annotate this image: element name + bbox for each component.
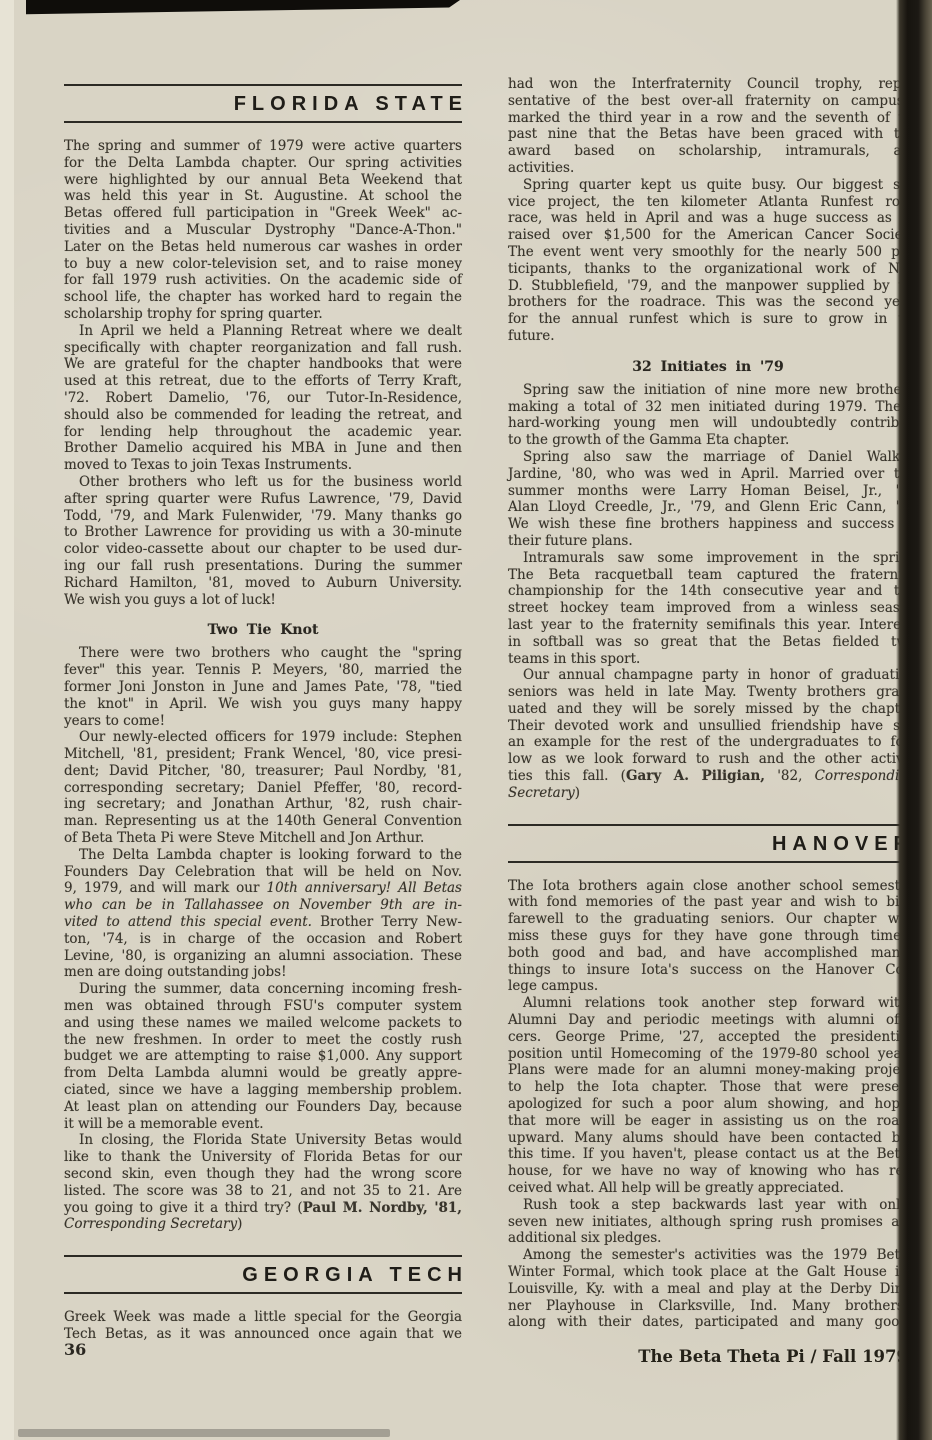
text-line: miss these guys for they have gone throu… <box>508 928 908 945</box>
text-line: summer months were Larry Homan Beisel, J… <box>508 483 908 500</box>
subheading: Two Tie Knot <box>64 622 462 638</box>
text-line: Winter Formal, which took place at the G… <box>508 1264 908 1281</box>
text-line: raised over $1,500 for the American Canc… <box>508 227 908 244</box>
text-line: the knot" in April. We wish you guys man… <box>64 696 462 713</box>
section-heading: FLORIDA STATE <box>64 84 462 123</box>
text-line: budget we are attempting to raise $1,000… <box>64 1048 462 1065</box>
text-line: Their devoted work and unsullied friends… <box>508 718 908 735</box>
text-line: that more will be eager in assisting us … <box>508 1113 908 1130</box>
text-line: Alan Lloyd Creedle, Jr., '79, and Glenn … <box>508 499 908 516</box>
text-line: additional six pledges. <box>508 1230 908 1247</box>
text-line: house, for we have no way of knowing who… <box>508 1163 908 1180</box>
text-line: Other brothers who left us for the busin… <box>64 474 462 491</box>
text-line: marked the third year in a row and the s… <box>508 110 908 127</box>
text-line: last year to the fraternity semifinals t… <box>508 617 908 634</box>
text-line: teams in this sport. <box>508 651 908 668</box>
text-line: to buy a new color-television set, and t… <box>64 256 462 273</box>
text-line: Secretary) <box>508 785 908 802</box>
text-line: Alumni Day and periodic meetings with al… <box>508 1012 908 1029</box>
text-line: Spring saw the initiation of nine more n… <box>508 382 908 399</box>
text-line: after spring quarter were Rufus Lawrence… <box>64 491 462 508</box>
text-line: Brother Damelio acquired his MBA in June… <box>64 440 462 457</box>
text-line: with fond memories of the past year and … <box>508 894 908 911</box>
text-line: upward. Many alums should have been cont… <box>508 1130 908 1147</box>
text-line: sentative of the best over-all fraternit… <box>508 93 908 110</box>
text-line: school life, the chapter has worked hard… <box>64 289 462 306</box>
text-line: to the growth of the Gamma Eta chapter. <box>508 432 908 449</box>
text-line: had won the Interfraternity Council trop… <box>508 76 908 93</box>
text-line: ton, '74, is in charge of the occasion a… <box>64 931 462 948</box>
paragraph: had won the Interfraternity Council trop… <box>508 76 908 177</box>
article-section-continuation: had won the Interfraternity Council trop… <box>508 76 908 802</box>
text-line: hard-working young men will undoubtedly … <box>508 415 908 432</box>
page-number: 36 <box>64 1340 86 1359</box>
text-line: Levine, '80, is organizing an alumni ass… <box>64 948 462 965</box>
text-line: 9, 1979, and will mark our 10th annivers… <box>64 880 462 897</box>
text-line: '72. Robert Damelio, '76, our Tutor-In-R… <box>64 390 462 407</box>
text-line: from Delta Lambda alumni would be greatl… <box>64 1065 462 1082</box>
scan-edge-top <box>26 0 460 15</box>
paragraph: Among the semester's activities was the … <box>508 1247 908 1331</box>
text-line: Intramurals saw some improvement in the … <box>508 550 908 567</box>
section-title: FLORIDA STATE <box>64 86 468 121</box>
text-line: Betas offered full participation in "Gre… <box>64 205 462 222</box>
right-column: had won the Interfraternity Council trop… <box>508 76 908 1331</box>
text-line: to Brother Lawrence for providing us wit… <box>64 524 462 541</box>
text-line: for lending help throughout the academic… <box>64 424 462 441</box>
text-line: award based on scholarship, intramurals,… <box>508 143 908 160</box>
subheading: 32 Initiates in '79 <box>508 359 908 375</box>
text-line: Greek Week was made a little special for… <box>64 1309 462 1326</box>
text-line: for the Delta Lambda chapter. Our spring… <box>64 155 462 172</box>
text-line: Rush took a step backwards last year wit… <box>508 1197 908 1214</box>
text-line: their future plans. <box>508 533 908 550</box>
text-line: The Iota brothers again close another sc… <box>508 878 908 895</box>
text-line: Mitchell, '81, president; Frank Wencel, … <box>64 746 462 763</box>
text-line: men was obtained through FSU's computer … <box>64 998 462 1015</box>
text-line: position until Homecoming of the 1979-80… <box>508 1046 908 1063</box>
text-line: second skin, even though they had the wr… <box>64 1166 462 1183</box>
text-line: The Beta racquetball team captured the f… <box>508 567 908 584</box>
text-line: ner Playhouse in Clarksville, Ind. Many … <box>508 1298 908 1315</box>
text-line: The spring and summer of 1979 were activ… <box>64 138 462 155</box>
paragraph: Spring saw the initiation of nine more n… <box>508 382 908 449</box>
paragraph: The spring and summer of 1979 were activ… <box>64 138 462 323</box>
paragraph: Spring also saw the marriage of Daniel W… <box>508 449 908 550</box>
text-line: lege campus. <box>508 978 908 995</box>
text-line: Jardine, '80, who was wed in April. Marr… <box>508 466 908 483</box>
paragraph: The Iota brothers again close another sc… <box>508 878 908 996</box>
paragraph: In closing, the Florida State University… <box>64 1132 462 1233</box>
paragraph: Our newly-elected officers for 1979 incl… <box>64 729 462 847</box>
text-line: vited to attend this special event. Brot… <box>64 914 462 931</box>
text-line: Spring also saw the marriage of Daniel W… <box>508 449 908 466</box>
text-line: scholarship trophy for spring quarter. <box>64 306 462 323</box>
text-line: ties this fall. (Gary A. Piligian, '82, … <box>508 768 908 785</box>
text-line: farewell to the graduating seniors. Our … <box>508 911 908 928</box>
text-line: listed. The score was 38 to 21, and not … <box>64 1183 462 1200</box>
text-line: ticipants, thanks to the organizational … <box>508 261 908 278</box>
text-line: apologized for such a poor alum showing,… <box>508 1096 908 1113</box>
text-line: an example for the rest of the undergrad… <box>508 734 908 751</box>
text-line: it will be a memorable event. <box>64 1116 462 1133</box>
text-line: The Delta Lambda chapter is looking forw… <box>64 847 462 864</box>
section-heading: GEORGIA TECH <box>64 1255 462 1294</box>
text-line: Richard Hamilton, '81, moved to Auburn U… <box>64 575 462 592</box>
text-line: and using these names we mailed welcome … <box>64 1015 462 1032</box>
text-line: corresponding secretary; Daniel Pfeffer,… <box>64 780 462 797</box>
text-line: to help the Iota chapter. Those that wer… <box>508 1079 908 1096</box>
text-line: moved to Texas to join Texas Instruments… <box>64 457 462 474</box>
text-line: making a total of 32 men initiated durin… <box>508 399 908 416</box>
heading-rule <box>64 121 462 123</box>
article-section-georgia-tech: GEORGIA TECHGreek Week was made a little… <box>64 1255 462 1343</box>
text-line: Plans were made for an alumni money-maki… <box>508 1062 908 1079</box>
text-line: There were two brothers who caught the "… <box>64 645 462 662</box>
text-line: man. Representing us at the 140th Genera… <box>64 813 462 830</box>
paragraph: There were two brothers who caught the "… <box>64 645 462 729</box>
text-line: was held this year in St. Augustine. At … <box>64 188 462 205</box>
text-line: years to come! <box>64 713 462 730</box>
text-line: D. Stubblefield, '79, and the manpower s… <box>508 278 908 295</box>
text-line: Louisville, Ky. with a meal and play at … <box>508 1281 908 1298</box>
scan-edge-bottom <box>18 1429 390 1437</box>
text-line: dent; David Pitcher, '80, treasurer; Pau… <box>64 763 462 780</box>
text-line: In closing, the Florida State University… <box>64 1132 462 1149</box>
text-line: vice project, the ten kilometer Atlanta … <box>508 194 908 211</box>
heading-rule <box>508 861 908 863</box>
text-line: At least plan on attending our Founders … <box>64 1099 462 1116</box>
text-line: Todd, '79, and Mark Fulenwider, '79. Man… <box>64 508 462 525</box>
section-title: HANOVER <box>508 826 914 861</box>
magazine-footer: The Beta Theta Pi / Fall 1979 <box>508 1347 908 1366</box>
text-line: were highlighted by our annual Beta Week… <box>64 172 462 189</box>
text-line: for the annual runfest which is sure to … <box>508 311 908 328</box>
text-line: who can be in Tallahassee on November 9t… <box>64 897 462 914</box>
section-title: GEORGIA TECH <box>64 1257 468 1292</box>
text-line: cers. George Prime, '27, accepted the pr… <box>508 1029 908 1046</box>
paragraph: The Delta Lambda chapter is looking forw… <box>64 847 462 981</box>
text-line: in softball was so great that the Betas … <box>508 634 908 651</box>
article-section-hanover: HANOVERThe Iota brothers again close ano… <box>508 824 908 1332</box>
text-line: Alumni relations took another step forwa… <box>508 995 908 1012</box>
text-line: Corresponding Secretary) <box>64 1216 462 1233</box>
paragraph: Other brothers who left us for the busin… <box>64 474 462 608</box>
paragraph: Intramurals saw some improvement in the … <box>508 550 908 668</box>
text-line: Among the semester's activities was the … <box>508 1247 908 1264</box>
text-line: brothers for the roadrace. This was the … <box>508 294 908 311</box>
text-line: Our newly-elected officers for 1979 incl… <box>64 729 462 746</box>
text-line: things to insure Iota's success on the H… <box>508 962 908 979</box>
text-line: future. <box>508 328 908 345</box>
text-line: men are doing outstanding jobs! <box>64 964 462 981</box>
text-line: for fall 1979 rush activities. On the ac… <box>64 272 462 289</box>
page-edge-shadow-right <box>896 0 932 1440</box>
text-line: ing our fall rush presentations. During … <box>64 558 462 575</box>
text-line: color video-cassette about our chapter t… <box>64 541 462 558</box>
text-line: uated and they will be sorely missed by … <box>508 701 908 718</box>
text-line: low as we look forward to rush and the o… <box>508 751 908 768</box>
text-line: used at this retreat, due to the efforts… <box>64 373 462 390</box>
text-line: ciated, since we have a lagging membersh… <box>64 1082 462 1099</box>
left-column: FLORIDA STATEThe spring and summer of 19… <box>64 84 462 1343</box>
paragraph: During the summer, data concerning incom… <box>64 981 462 1132</box>
paragraph: Our annual champagne party in honor of g… <box>508 667 908 801</box>
article-section-florida-state: FLORIDA STATEThe spring and summer of 19… <box>64 84 462 1233</box>
paragraph: Greek Week was made a little special for… <box>64 1309 462 1343</box>
magazine-page-scan: { "page": { "number": "36", "footer": "T… <box>0 0 932 1440</box>
text-line: should also be commended for leading the… <box>64 407 462 424</box>
text-line: fever" this year. Tennis P. Meyers, '80,… <box>64 662 462 679</box>
text-line: former Joni Jonston in June and James Pa… <box>64 679 462 696</box>
page-edge-left <box>0 0 14 1440</box>
text-line: seven new initiates, although spring rus… <box>508 1214 908 1231</box>
text-line: We are grateful for the chapter handbook… <box>64 356 462 373</box>
paragraph: In April we held a Planning Retreat wher… <box>64 323 462 474</box>
text-line: both good and bad, and have accomplished… <box>508 945 908 962</box>
text-line: seniors was held in late May. Twenty bro… <box>508 684 908 701</box>
text-line: tivities and a Muscular Dystrophy "Dance… <box>64 222 462 239</box>
text-line: past nine that the Betas have been grace… <box>508 126 908 143</box>
text-line: this time. If you haven't, please contac… <box>508 1146 908 1163</box>
text-line: The event went very smoothly for the nea… <box>508 244 908 261</box>
text-line: activities. <box>508 160 908 177</box>
text-line: ceived what. All help will be greatly ap… <box>508 1180 908 1197</box>
text-line: Founders Day Celebration that will be he… <box>64 864 462 881</box>
text-line: We wish these fine brothers happiness an… <box>508 516 908 533</box>
text-line: Tech Betas, as it was announced once aga… <box>64 1326 462 1343</box>
text-line: In April we held a Planning Retreat wher… <box>64 323 462 340</box>
text-line: race, was held in April and was a huge s… <box>508 210 908 227</box>
text-line: like to thank the University of Florida … <box>64 1149 462 1166</box>
paragraph: Alumni relations took another step forwa… <box>508 995 908 1197</box>
text-line: We wish you guys a lot of luck! <box>64 592 462 609</box>
heading-rule <box>64 1292 462 1294</box>
text-line: the new freshmen. In order to meet the c… <box>64 1032 462 1049</box>
section-heading: HANOVER <box>508 824 908 863</box>
text-line: championship for the 14th consecutive ye… <box>508 583 908 600</box>
text-line: ing secretary; and Jonathan Arthur, '82,… <box>64 796 462 813</box>
text-line: Spring quarter kept us quite busy. Our b… <box>508 177 908 194</box>
paragraph: Rush took a step backwards last year wit… <box>508 1197 908 1247</box>
text-line: along with their dates, participated and… <box>508 1314 908 1331</box>
paragraph: Spring quarter kept us quite busy. Our b… <box>508 177 908 345</box>
text-line: Our annual champagne party in honor of g… <box>508 667 908 684</box>
text-line: During the summer, data concerning incom… <box>64 981 462 998</box>
text-line: you going to give it a third try? (Paul … <box>64 1200 462 1217</box>
text-line: of Beta Theta Pi were Steve Mitchell and… <box>64 830 462 847</box>
text-line: street hockey team improved from a winle… <box>508 600 908 617</box>
text-line: Later on the Betas held numerous car was… <box>64 239 462 256</box>
text-line: specifically with chapter reorganization… <box>64 340 462 357</box>
